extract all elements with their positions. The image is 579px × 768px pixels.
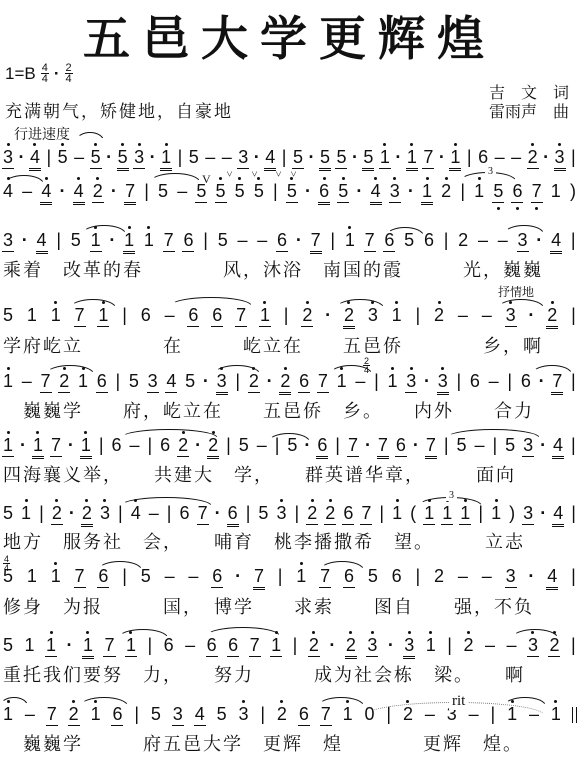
note: 2: [308, 636, 320, 657]
note: 4: [165, 372, 177, 393]
note: 1: [550, 182, 562, 202]
note: 3: [522, 436, 534, 457]
note: 2: [177, 436, 189, 457]
music-line-7: 51|2·23|4–|67·6|53|2267|1(111|1)3·4|: [2, 503, 577, 525]
music-line-9: 511·171|6–6671|2·23·31|2––32|: [2, 635, 577, 657]
note: 1: [90, 231, 102, 252]
slur-arc: [320, 561, 364, 570]
note: 5: [215, 182, 227, 203]
key-prefix: 1=B: [5, 64, 36, 84]
lyrics-line-8: 巍巍学 府五邑大学 更辉 煌 更辉 煌。: [3, 730, 523, 756]
time-signature-separator: ·: [54, 64, 60, 84]
note: 4: [264, 148, 276, 169]
lyrics-line-3: 巍巍学 府，屹立在 五邑侨 乡。 内外 合力: [3, 397, 534, 423]
note: 1: [336, 372, 348, 392]
note: 1: [2, 372, 14, 392]
expression-marking-lyrical: 抒情地: [498, 283, 534, 300]
note: 4: [73, 182, 85, 203]
note: 7: [40, 372, 52, 393]
note: 4: [552, 504, 564, 525]
lyrics-line-7: 重托我们要努 力， 努力 成为社会栋 梁。 啊: [3, 661, 525, 687]
note: 7: [103, 636, 115, 657]
note: 3: [389, 182, 401, 203]
slur-arc: [504, 225, 544, 234]
time-signature-change: 44: [3, 555, 10, 572]
note: 6: [343, 567, 355, 588]
note: 5: [286, 182, 298, 203]
note: 1: [50, 567, 62, 587]
note: 7: [320, 705, 332, 726]
note: 5: [234, 182, 246, 202]
note: 6: [211, 306, 223, 327]
note: 1: [386, 372, 398, 392]
note: 5: [335, 148, 347, 169]
note: 2: [58, 372, 70, 393]
note: 6: [140, 306, 152, 326]
note: 3: [216, 372, 228, 393]
note: 1: [421, 182, 433, 203]
note: 2: [433, 306, 445, 326]
note: 6: [477, 148, 489, 168]
note: 7: [319, 567, 331, 588]
note: 2: [248, 372, 260, 393]
note: 5: [2, 504, 14, 524]
note: 1: [425, 636, 437, 656]
note: 3: [505, 567, 517, 588]
note: 3: [505, 306, 517, 327]
slur-arc: [386, 227, 424, 236]
lyricist-credit: 吉 文 词: [489, 84, 569, 103]
ritardando-marking: rit: [449, 693, 468, 710]
credits: 吉 文 词 雷雨声 曲: [489, 84, 569, 122]
note: 7: [124, 182, 136, 203]
slur-arc: [206, 627, 280, 636]
note: 1: [449, 148, 461, 169]
slur-arc: [70, 299, 116, 308]
note: 4: [130, 504, 142, 524]
lyrics-line-5: 地方 服务社 会， 哺育 桃李播撒希 望。 立志: [3, 528, 525, 554]
note: 7: [253, 567, 265, 588]
note: 5: [128, 372, 140, 392]
note: 3: [2, 231, 14, 252]
lyrics-line-2: 学府屹立 在 屹立在 五邑侨 乡，啊: [3, 332, 543, 358]
slur-arc: [532, 365, 572, 374]
note: 5: [492, 182, 504, 203]
note: 1: [26, 306, 38, 326]
slur-arc: [498, 299, 544, 308]
note: 1: [2, 705, 14, 725]
note: 1: [423, 504, 435, 525]
note: 1: [441, 504, 453, 525]
note: 2: [306, 504, 318, 525]
note: 2: [301, 306, 313, 327]
note: 3: [172, 705, 184, 726]
note: 4: [550, 231, 562, 252]
note: 5: [70, 231, 82, 251]
note: 2: [433, 567, 445, 587]
triplet-number: 3: [446, 490, 457, 501]
note: 6: [520, 372, 532, 392]
note: 3: [522, 504, 534, 525]
note: 5: [117, 148, 129, 169]
note: 4: [546, 567, 558, 588]
note: 6: [163, 636, 175, 656]
note: 1: [97, 306, 109, 327]
note: 2: [92, 182, 104, 203]
music-line-8: 51176|5––6·7|17656|2––3·4|: [2, 566, 577, 588]
note: 2: [546, 306, 558, 327]
note: 1: [406, 148, 418, 169]
note: 7: [235, 306, 247, 327]
note: 6: [298, 705, 310, 726]
note: 1: [82, 636, 94, 657]
note: 7: [347, 436, 359, 457]
note: 3: [366, 636, 378, 657]
note: 1: [50, 306, 62, 326]
note: 6: [97, 567, 109, 588]
note: 5: [217, 231, 229, 251]
note: 2: [207, 436, 219, 457]
note: 3: [403, 636, 415, 657]
slur-arc: [76, 132, 104, 141]
note: 7: [197, 504, 209, 525]
note: 7: [422, 148, 434, 169]
note: 5: [257, 504, 269, 524]
breath-mark: V: [202, 172, 211, 187]
note: 4: [552, 436, 564, 457]
note: 6: [111, 705, 123, 726]
note: 6: [159, 436, 171, 456]
slur-arc: [82, 225, 126, 234]
note: 2: [343, 306, 355, 327]
music-line-4: 51171|6–6671|2·231|2––3·2|: [2, 305, 577, 327]
note: 7: [249, 636, 261, 657]
note: 2: [345, 636, 357, 657]
music-line-5: 1–7216|5345·3|2·2671–|13·3|6–|6·7|: [2, 371, 577, 393]
slur-arc: [446, 429, 540, 438]
note: 1: [379, 148, 391, 169]
note: 1: [143, 231, 155, 251]
note: 6: [342, 504, 354, 525]
note: 6: [316, 436, 328, 457]
note: 6: [395, 436, 407, 457]
note: 5: [57, 148, 69, 168]
note: 1: [342, 705, 354, 725]
note: 7: [163, 231, 175, 252]
note: 7: [425, 436, 437, 457]
note: 1: [344, 231, 356, 251]
note: 6: [511, 182, 523, 203]
note: 5: [362, 148, 374, 169]
note: 5: [337, 182, 349, 203]
slur-arc: [118, 629, 168, 638]
note: 3: [147, 372, 159, 393]
accent-mark: >: [223, 171, 235, 177]
lyrics-line-6: 修身 为报 国， 博学 求索 图自 强，不负: [3, 593, 534, 619]
note: 6: [227, 636, 239, 657]
note: 1: [550, 705, 562, 725]
note: 1: [24, 636, 36, 656]
time-signature-change: 24: [363, 357, 370, 374]
note: 1: [490, 504, 502, 524]
slur-arc: [4, 175, 44, 184]
note: 5: [319, 148, 331, 169]
slur-arc: [512, 629, 558, 638]
note: 6: [391, 567, 403, 587]
note: 2: [457, 231, 469, 251]
note: 3: [275, 504, 287, 524]
note: 4: [40, 182, 52, 203]
note: 2: [68, 705, 80, 726]
note: 3: [2, 148, 14, 169]
note: 4: [194, 705, 206, 726]
note: 2: [81, 504, 93, 525]
note: 1: [80, 436, 92, 457]
note: 5: [2, 636, 14, 656]
note: 2: [548, 636, 560, 657]
note: 4: [2, 182, 14, 202]
note: 5: [292, 148, 304, 169]
note: 7: [310, 231, 322, 252]
note: 6: [187, 306, 199, 327]
note: 1: [125, 636, 137, 657]
composer-credit: 雷雨声 曲: [489, 103, 569, 122]
note: 1: [123, 231, 135, 252]
note: 1: [32, 436, 44, 457]
note: 6: [182, 231, 194, 252]
time-signature-2: 2 4: [65, 63, 73, 84]
note: 2: [279, 372, 291, 393]
note: 6: [211, 567, 223, 588]
accent-mark: >: [248, 171, 260, 177]
note: 7: [364, 231, 376, 252]
note: 2: [440, 182, 452, 202]
note: 7: [74, 306, 86, 327]
note: 1: [295, 567, 307, 587]
note: 7: [46, 705, 58, 726]
note: 5: [184, 372, 196, 392]
note: 5: [253, 182, 265, 202]
note: 5: [188, 148, 200, 168]
note: 5: [238, 436, 250, 456]
key-signature: 1=B 4 4 · 2 4: [5, 63, 73, 84]
accent-mark: >: [272, 171, 284, 177]
note: 1: [270, 636, 282, 657]
song-title: 五邑大学更辉煌: [0, 2, 579, 69]
note: 1: [77, 372, 89, 392]
note: 6: [469, 372, 481, 392]
note: 1: [473, 182, 485, 202]
slur-arc: [170, 297, 252, 306]
note: 2: [324, 504, 336, 525]
accent-mark: >: [287, 171, 299, 177]
note: 3: [99, 504, 111, 524]
note: 5: [2, 306, 14, 326]
note: 6: [111, 436, 123, 456]
note: 6: [423, 231, 435, 251]
note: 1: [391, 504, 403, 524]
lyrics-line-4: 四海襄义举， 共建大 学， 群英谱华章， 面向: [3, 461, 516, 487]
note: 3: [554, 148, 566, 169]
note: 1: [26, 567, 38, 587]
note: 1: [391, 306, 403, 326]
note: 5: [504, 436, 516, 456]
note: 1: [45, 636, 57, 657]
sheet-music-page: 五邑大学更辉煌 1=B 4 4 · 2 4 充满朝气，矫健地，自豪地 吉 文 词…: [0, 0, 579, 768]
slur-arc: [318, 697, 364, 706]
note: 5: [367, 567, 379, 587]
note: 5: [216, 705, 228, 725]
note: 3: [367, 306, 379, 326]
note: 6: [318, 182, 330, 203]
note: 5: [455, 436, 467, 456]
time-signature-1: 4 4: [41, 63, 49, 84]
note: 3: [133, 148, 145, 169]
note: 2: [276, 705, 288, 725]
note: 6: [227, 504, 239, 525]
expression-text: 充满朝气，矫健地，自豪地: [5, 97, 233, 122]
note: 7: [360, 504, 372, 525]
slur-arc: [120, 429, 218, 438]
tempo-marking: 行进速度: [14, 124, 70, 144]
note: 3: [437, 372, 449, 393]
note: 3: [237, 148, 249, 169]
slur-arc: [46, 365, 94, 374]
note: 6: [276, 231, 288, 252]
note: 5: [157, 182, 169, 202]
triplet-number: 3: [485, 166, 496, 177]
note: 1: [2, 436, 14, 457]
note: 7: [551, 372, 563, 393]
note: 7: [377, 436, 389, 457]
note: 5: [150, 705, 162, 725]
note: 4: [370, 182, 382, 203]
slur-arc: [336, 299, 384, 308]
note: 5: [90, 148, 102, 169]
slur-arc: [98, 561, 142, 570]
note: 6: [96, 372, 108, 393]
note: 4: [29, 148, 41, 169]
lyrics-line-1: 乘着 改革的春 风，沐浴 南国的霞 光，巍巍: [3, 256, 543, 282]
note: 4: [36, 231, 48, 252]
music-line-2: 4–4·42·7|5–5555|5·65·43·12|15671): [2, 181, 577, 203]
note: 2: [462, 636, 474, 656]
slur-arc: [150, 173, 200, 182]
note: 1: [259, 306, 271, 327]
note: 1: [160, 148, 172, 169]
note: 7: [317, 372, 329, 393]
note: 7: [531, 182, 543, 203]
note: 2: [527, 148, 539, 169]
note: 1: [20, 504, 32, 524]
note: 3: [517, 231, 529, 252]
note: 6: [179, 504, 191, 524]
note: 2: [51, 504, 63, 525]
note: 6: [206, 636, 218, 657]
note: 1: [90, 705, 102, 725]
note: 3: [527, 636, 539, 657]
note: 7: [50, 436, 62, 457]
note: 7: [74, 567, 86, 588]
note: 3: [237, 705, 249, 725]
note: 6: [298, 372, 310, 393]
slur-arc: [80, 697, 128, 706]
note: 3: [405, 372, 417, 393]
note: 1: [459, 504, 471, 525]
slur-arc: [0, 697, 28, 706]
